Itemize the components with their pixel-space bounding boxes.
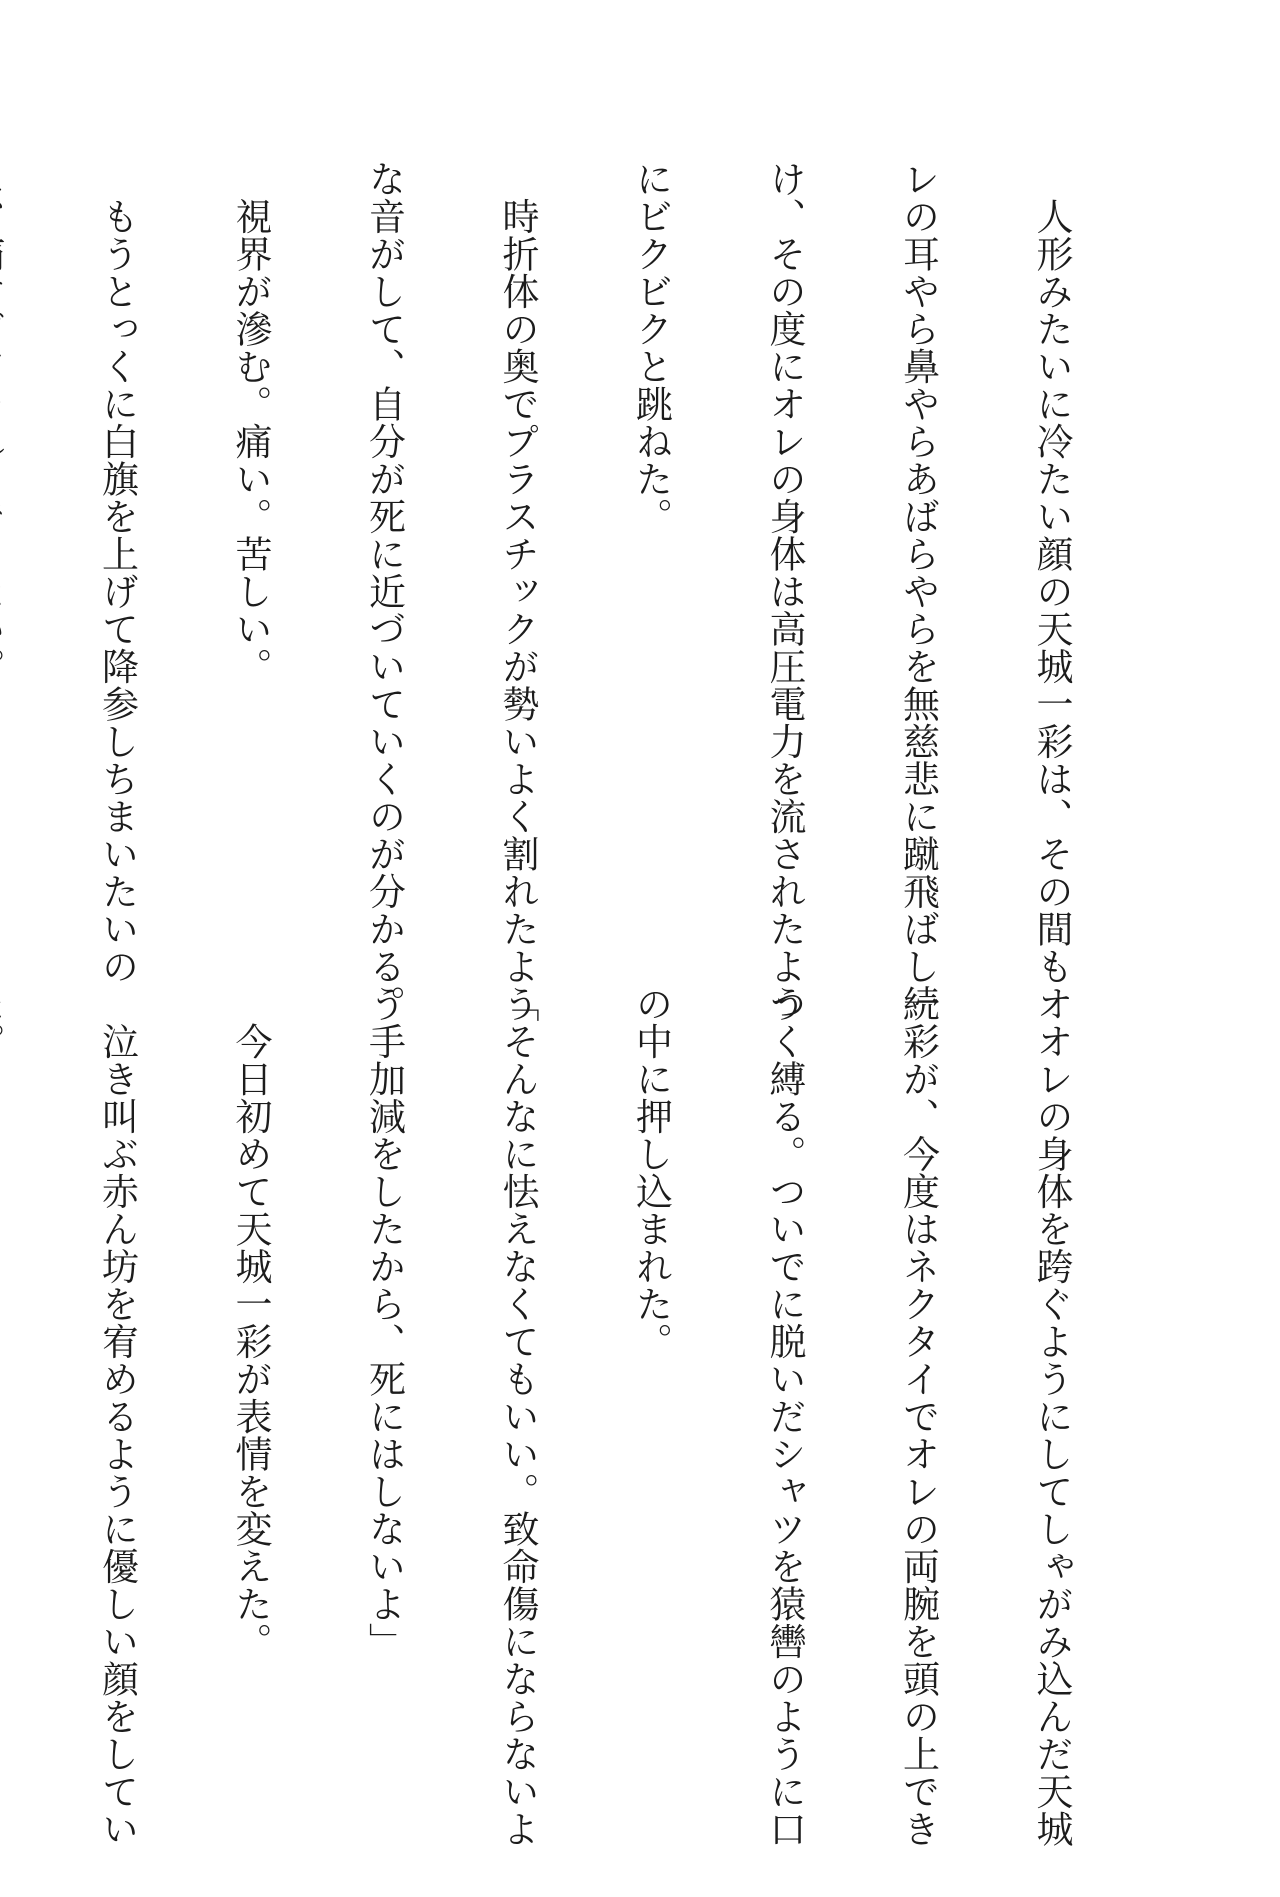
text-line: もうとっくに白旗を上げて降参しちまいたいの — [94, 160, 139, 900]
text-block-bottom: オレの身体を跨ぐようにしてしゃがみ込んだ天城 一彩が、今度はネクタイでオレの両腕… — [162, 985, 1162, 1725]
text-line: 泣き叫ぶ赤ん坊を宥めるように優しい顔をしてい — [94, 985, 139, 1725]
text-line: に、痛すぎてそれもできない。 — [0, 160, 5, 900]
text-line: 今日初めて天城一彩が表情を変えた。 — [228, 985, 273, 1725]
text-line: の中に押し込まれた。 — [628, 985, 673, 1725]
text-line: た。 — [0, 985, 5, 1725]
text-line: 一彩が、今度はネクタイでオレの両腕を頭の上でき — [895, 985, 940, 1725]
text-block-top: 人形みたいに冷たい顔の天城一彩は、その間もオ レの耳やら鼻やらあばらやらを無慈悲… — [162, 160, 1162, 900]
text-line: 「そんなに怯えなくてもいい。致命傷にならないよ — [495, 985, 540, 1725]
text-line: け、その度にオレの身体は高圧電力を流されたよう — [762, 160, 807, 900]
text-line: う手加減をしたから、死にはしないよ」 — [361, 985, 406, 1725]
text-line: 時折体の奥でプラスチックが勢いよく割れたよう — [495, 160, 540, 900]
text-line: つく縛る。ついでに脱いだシャツを猿轡のように口 — [762, 985, 807, 1725]
text-line: にビクビクと跳ねた。 — [628, 160, 673, 900]
text-line: レの耳やら鼻やらあばらやらを無慈悲に蹴飛ばし続 — [895, 160, 940, 900]
text-line: な音がして、自分が死に近づいていくのが分かる。 — [361, 160, 406, 900]
text-line: 人形みたいに冷たい顔の天城一彩は、その間もオ — [1029, 160, 1074, 900]
text-line: 視界が滲む。痛い。苦しい。 — [228, 160, 273, 900]
text-line: オレの身体を跨ぐようにしてしゃがみ込んだ天城 — [1029, 985, 1074, 1725]
book-page: 人形みたいに冷たい顔の天城一彩は、その間もオ レの耳やら鼻やらあばらやらを無慈悲… — [0, 0, 1280, 1897]
